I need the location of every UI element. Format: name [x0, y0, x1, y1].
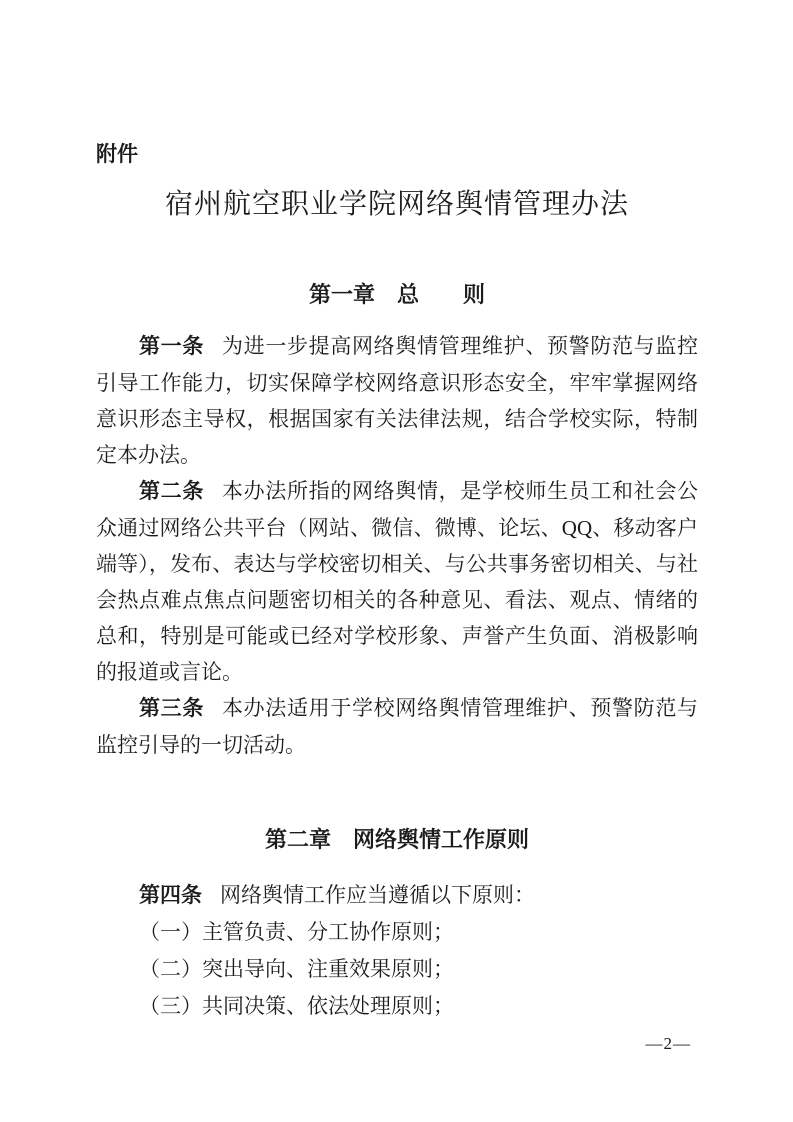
chapter-1-heading: 第一章 总 则	[96, 280, 698, 310]
chapter-2-heading: 第二章 网络舆情工作原则	[96, 825, 698, 855]
article-2-text: 本办法所指的网络舆情，是学校师生员工和社会公众通过网络公共平台（网站、微信、微博…	[96, 479, 698, 684]
document-content: 附件 宿州航空职业学院网络舆情管理办法 第一章 总 则 第一条为进一步提高网络舆…	[0, 0, 793, 1025]
article-4-text: 网络舆情工作应当遵循以下原则：	[220, 883, 535, 907]
article-1: 第一条为进一步提高网络舆情管理维护、预警防范与监控引导工作能力，切实保障学校网络…	[96, 328, 698, 473]
article-3: 第三条本办法适用于学校网络舆情管理维护、预警防范与监控引导的一切活动。	[96, 690, 698, 763]
article-4: 第四条网络舆情工作应当遵循以下原则：	[96, 877, 698, 914]
article-4-label: 第四条	[139, 884, 202, 907]
article-3-label: 第三条	[139, 697, 204, 720]
document-page: 附件 宿州航空职业学院网络舆情管理办法 第一章 总 则 第一条为进一步提高网络舆…	[0, 0, 793, 1122]
principle-item-2: （二）突出导向、注重效果原则；	[96, 951, 698, 988]
article-1-label: 第一条	[139, 335, 204, 358]
principle-item-3: （三）共同决策、依法处理原则；	[96, 988, 698, 1025]
attachment-label: 附件	[96, 142, 698, 168]
principle-item-1: （一）主管负责、分工协作原则；	[96, 914, 698, 951]
article-2: 第二条本办法所指的网络舆情，是学校师生员工和社会公众通过网络公共平台（网站、微信…	[96, 473, 698, 690]
page-number: —2—	[646, 1034, 692, 1054]
document-title: 宿州航空职业学院网络舆情管理办法	[96, 186, 698, 224]
article-2-label: 第二条	[139, 480, 204, 503]
